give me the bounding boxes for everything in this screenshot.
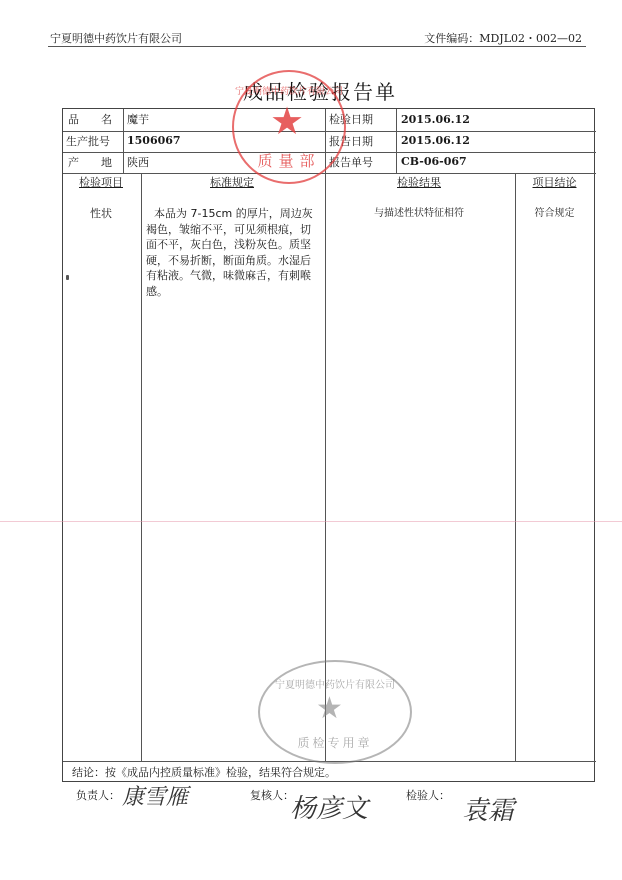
- row-result: 与描述性状特征相符: [324, 206, 514, 222]
- inspect-date-value: 2015.06.12: [401, 108, 470, 130]
- label-text: 产 地: [68, 154, 112, 170]
- batch-label: 生产批号: [66, 130, 110, 151]
- inspector-label: 检验人：: [406, 787, 450, 803]
- reviewer-label: 复核人：: [250, 787, 294, 803]
- col-divider: [141, 173, 142, 761]
- report-no-value: CB-06-067: [401, 151, 467, 172]
- reviewer-signature: 杨彦文: [290, 788, 368, 825]
- col-header-standard: 标准规定: [140, 174, 324, 190]
- col-header-result: 检验结果: [324, 174, 514, 190]
- col-divider: [396, 109, 397, 173]
- report-date-label: 报告日期: [329, 130, 373, 151]
- scan-speck: [66, 275, 69, 280]
- col-header-item: 检验项目: [62, 174, 140, 190]
- report-title: 成品检验报告单: [0, 76, 622, 105]
- product-name-label: 品 名: [62, 108, 122, 130]
- product-name-value: 魔芋: [127, 108, 149, 130]
- col-header-conclusion: 项目结论: [514, 174, 595, 190]
- origin-value: 陕西: [127, 151, 149, 172]
- responsible-label: 负责人：: [76, 787, 120, 803]
- scan-artifact-line: [0, 521, 622, 522]
- responsible-signature: 康雪雁: [122, 780, 188, 811]
- company-name: 宁夏明德中药饮片有限公司: [50, 30, 182, 46]
- row-conclusion: 符合规定: [514, 206, 595, 222]
- col-divider: [515, 173, 516, 761]
- batch-value: 1506067: [127, 130, 181, 151]
- overall-conclusion: 结论：按《成品内控质量标准》检验，结果符合规定。: [72, 761, 336, 782]
- report-date-value: 2015.06.12: [401, 130, 470, 151]
- row-standard: 本品为 7-15cm 的厚片，周边灰褐色，皱缩不平，可见须根痕，切面不平，灰白色…: [146, 206, 320, 299]
- row-item: 性状: [62, 206, 140, 222]
- header-rule: [48, 46, 586, 47]
- label-text: 品 名: [68, 111, 112, 127]
- origin-label: 产 地: [62, 151, 122, 172]
- report-no-label: 报告单号: [329, 151, 373, 172]
- inspector-signature: 袁霜: [462, 790, 514, 827]
- inspect-date-label: 检验日期: [329, 108, 373, 130]
- document-code: 文件编码：MDJL02・002—02: [424, 30, 582, 46]
- col-divider: [123, 109, 124, 173]
